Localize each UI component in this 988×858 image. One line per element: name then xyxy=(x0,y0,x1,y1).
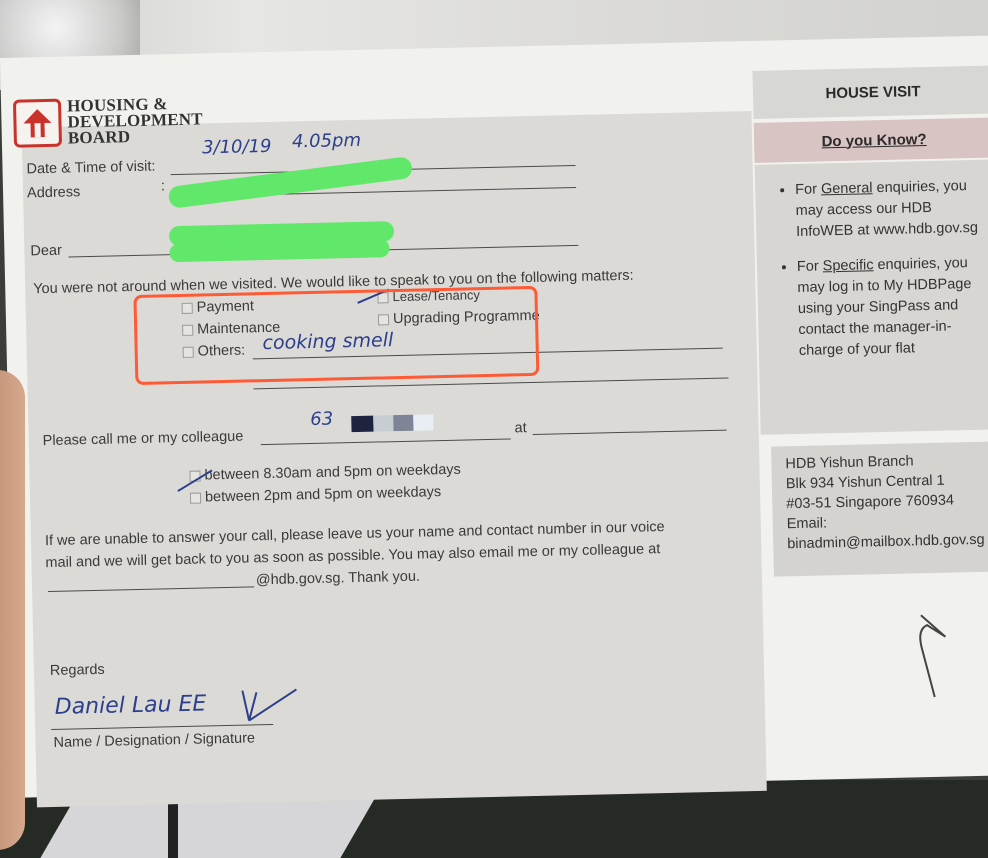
tip-general: For General enquiries, you may access ou… xyxy=(795,175,988,243)
tips-panel: For General enquiries, you may access ou… xyxy=(755,159,988,434)
number-redaction-1 xyxy=(351,416,373,432)
address-label: Address xyxy=(27,184,81,201)
house-visit-card: HOUSING & DEVELOPMENT BOARD HOUSE VISIT … xyxy=(0,36,988,798)
number-redaction-2 xyxy=(373,415,393,431)
pen-scribble xyxy=(903,606,965,707)
house-arrow-icon xyxy=(13,99,62,148)
dear-label: Dear xyxy=(30,243,62,260)
highlight-annotation xyxy=(133,286,539,385)
date-value[interactable]: 3/10/19 xyxy=(202,136,272,159)
thumb xyxy=(0,370,25,850)
signature-name: Daniel Lau EE xyxy=(54,691,206,719)
tip-specific: For Specific enquiries, you may log in t… xyxy=(797,252,988,362)
hdb-logo-text: HOUSING & DEVELOPMENT BOARD xyxy=(67,95,203,146)
number-redaction-4 xyxy=(413,414,433,430)
call-number-value[interactable]: 63 xyxy=(310,409,333,431)
checkbox[interactable] xyxy=(190,492,201,503)
do-you-know-heading: Do you Know? xyxy=(754,117,988,162)
date-time-label: Date & Time of visit: xyxy=(26,159,155,178)
branch-contact: HDB Yishun Branch Blk 934 Yishun Central… xyxy=(771,441,988,576)
branch-email[interactable]: binadmin@mailbox.hdb.gov.sg xyxy=(787,529,988,554)
house-visit-title: HOUSE VISIT xyxy=(752,65,988,118)
hdb-logo: HOUSING & DEVELOPMENT BOARD xyxy=(13,95,203,147)
number-redaction-3 xyxy=(393,415,413,431)
regards-label: Regards xyxy=(50,662,105,679)
at-label: at xyxy=(514,420,526,436)
time-value[interactable]: 4.05pm xyxy=(292,130,362,153)
address-colon: : xyxy=(161,178,165,194)
